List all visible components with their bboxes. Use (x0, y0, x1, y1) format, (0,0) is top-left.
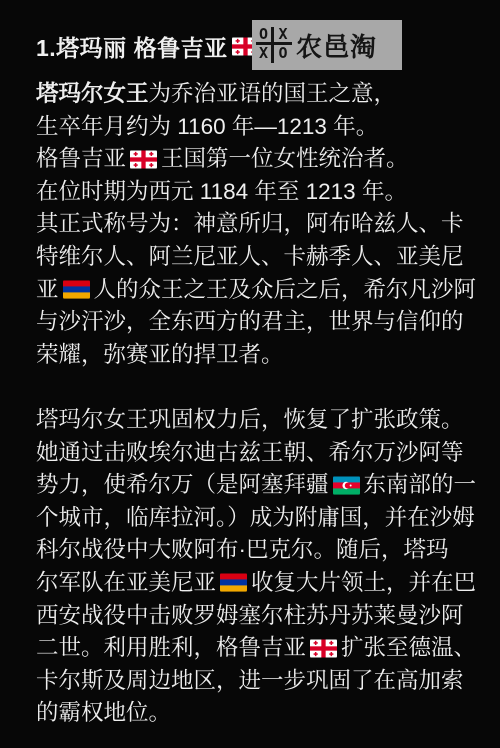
text-line: 其正式称号为：神意所归，阿布哈兹人、卡 (36, 208, 476, 241)
text-run: 收复大片领土，并在巴 (251, 570, 476, 595)
text-line: 荣耀，弥赛亚的捍卫者。 (36, 339, 476, 372)
text-line: 亚人的众王之王及众后之后，希尔凡沙阿 (36, 274, 476, 307)
brand-grid-cell: O (274, 45, 292, 63)
text-line: 与沙汗沙，全东西方的君主，世界与信仰的 (36, 306, 476, 339)
text-line: 尔军队在亚美尼亚收复大片领土，并在巴 (36, 567, 476, 600)
text-run: 个城市，临库拉河。）成为附庸国，并在沙姆 (36, 505, 475, 530)
brand-grid-icon: O X X O (256, 27, 293, 64)
text-line: 势力，使希尔万（是阿塞拜疆东南部的一 (36, 469, 476, 502)
paragraph: 塔玛尔女王巩固权力后，恢复了扩张政策。她通过击败埃尔迪古兹王朝、希尔万沙阿等势力… (36, 404, 476, 730)
text-run: 势力，使希尔万（是阿塞拜疆 (36, 472, 329, 497)
text-run: 西安战役中击败罗姆塞尔柱苏丹苏莱曼沙阿 (36, 603, 464, 628)
text-run: 她通过击败埃尔迪古兹王朝、希尔万沙阿等 (36, 440, 464, 465)
text-run: 在位时期为西元 1184 年至 1213 年。 (36, 179, 407, 204)
text-line: 生卒年月约为 1160 年—1213 年。 (36, 111, 476, 144)
text-run: 荣耀，弥赛亚的捍卫者。 (36, 342, 284, 367)
text-line: 卡尔斯及周边地区，进一步巩固了在高加索 (36, 665, 476, 698)
text-run: 王国第一位女性统治者。 (161, 146, 409, 171)
text-line: 个城市，临库拉河。）成为附庸国，并在沙姆 (36, 502, 476, 535)
text-line: 二世。利用胜利，格鲁吉亚扩张至德温、 (36, 632, 476, 665)
brand-grid-cell: X (256, 45, 274, 63)
text-line: 科尔战役中大败阿布·巴克尔。随后，塔玛 (36, 534, 476, 567)
text-line: 她通过击败埃尔迪古兹王朝、希尔万沙阿等 (36, 437, 476, 470)
brand-name: 农邑淘 (296, 27, 377, 64)
brand-grid-cell: O (256, 27, 274, 45)
text-run: 卡尔斯及周边地区，进一步巩固了在高加索 (36, 668, 464, 693)
article-body: 塔玛尔女王为乔治亚语的国王之意，生卒年月约为 1160 年—1213 年。格鲁吉… (36, 78, 476, 730)
armenia-flag-icon (220, 573, 247, 592)
georgia-flag-icon (130, 150, 157, 169)
brand-grid-cell: X (274, 27, 292, 45)
georgia-flag-icon (310, 639, 337, 658)
text-run: 塔玛尔女王巩固权力后，恢复了扩张政策。 (36, 407, 464, 432)
text-line: 特维尔人、阿兰尼亚人、卡赫季人、亚美尼 (36, 241, 476, 274)
text-line: 西安战役中击败罗姆塞尔柱苏丹苏莱曼沙阿 (36, 600, 476, 633)
text-run: 其正式称号为：神意所归，阿布哈兹人、卡 (36, 211, 464, 236)
text-line: 塔玛尔女王为乔治亚语的国王之意， (36, 78, 476, 111)
text-line: 塔玛尔女王巩固权力后，恢复了扩张政策。 (36, 404, 476, 437)
text-run: 二世。利用胜利，格鲁吉亚 (36, 635, 306, 660)
text-run: 尔军队在亚美尼亚 (36, 570, 216, 595)
text-line: 的霸权地位。 (36, 697, 476, 730)
text-run: 扩张至德温、 (341, 635, 476, 660)
article-page: 1.塔玛丽 格鲁吉亚 O X X O 农邑淘 塔玛尔女王为乔治亚语的国王之意，生… (0, 0, 500, 748)
text-run: 人的众王之王及众后之后，希尔凡沙阿 (94, 277, 477, 302)
text-run: 格鲁吉亚 (36, 146, 126, 171)
text-line: 在位时期为西元 1184 年至 1213 年。 (36, 176, 476, 209)
azerbaijan-flag-icon (333, 476, 360, 495)
text-run: 亚 (36, 277, 59, 302)
bold-lead-text: 塔玛尔女王 (36, 81, 149, 106)
paragraph: 塔玛尔女王为乔治亚语的国王之意，生卒年月约为 1160 年—1213 年。格鲁吉… (36, 78, 476, 371)
page-title: 1.塔玛丽 格鲁吉亚 (36, 31, 263, 61)
text-run: 的霸权地位。 (36, 700, 171, 725)
text-line: 格鲁吉亚王国第一位女性统治者。 (36, 143, 476, 176)
watermark-badge: O X X O 农邑淘 (252, 20, 402, 70)
text-run: 科尔战役中大败阿布·巴克尔。随后，塔玛 (36, 537, 449, 562)
armenia-flag-icon (63, 280, 90, 299)
text-run: 东南部的一 (364, 472, 477, 497)
text-run: 为乔治亚语的国王之意， (149, 81, 397, 106)
text-run: 特维尔人、阿兰尼亚人、卡赫季人、亚美尼 (36, 244, 464, 269)
text-run: 1.塔玛丽 格鲁吉亚 (36, 30, 228, 63)
text-run: 生卒年月约为 1160 年—1213 年。 (36, 114, 378, 139)
text-run: 与沙汗沙，全东西方的君主，世界与信仰的 (36, 309, 464, 334)
